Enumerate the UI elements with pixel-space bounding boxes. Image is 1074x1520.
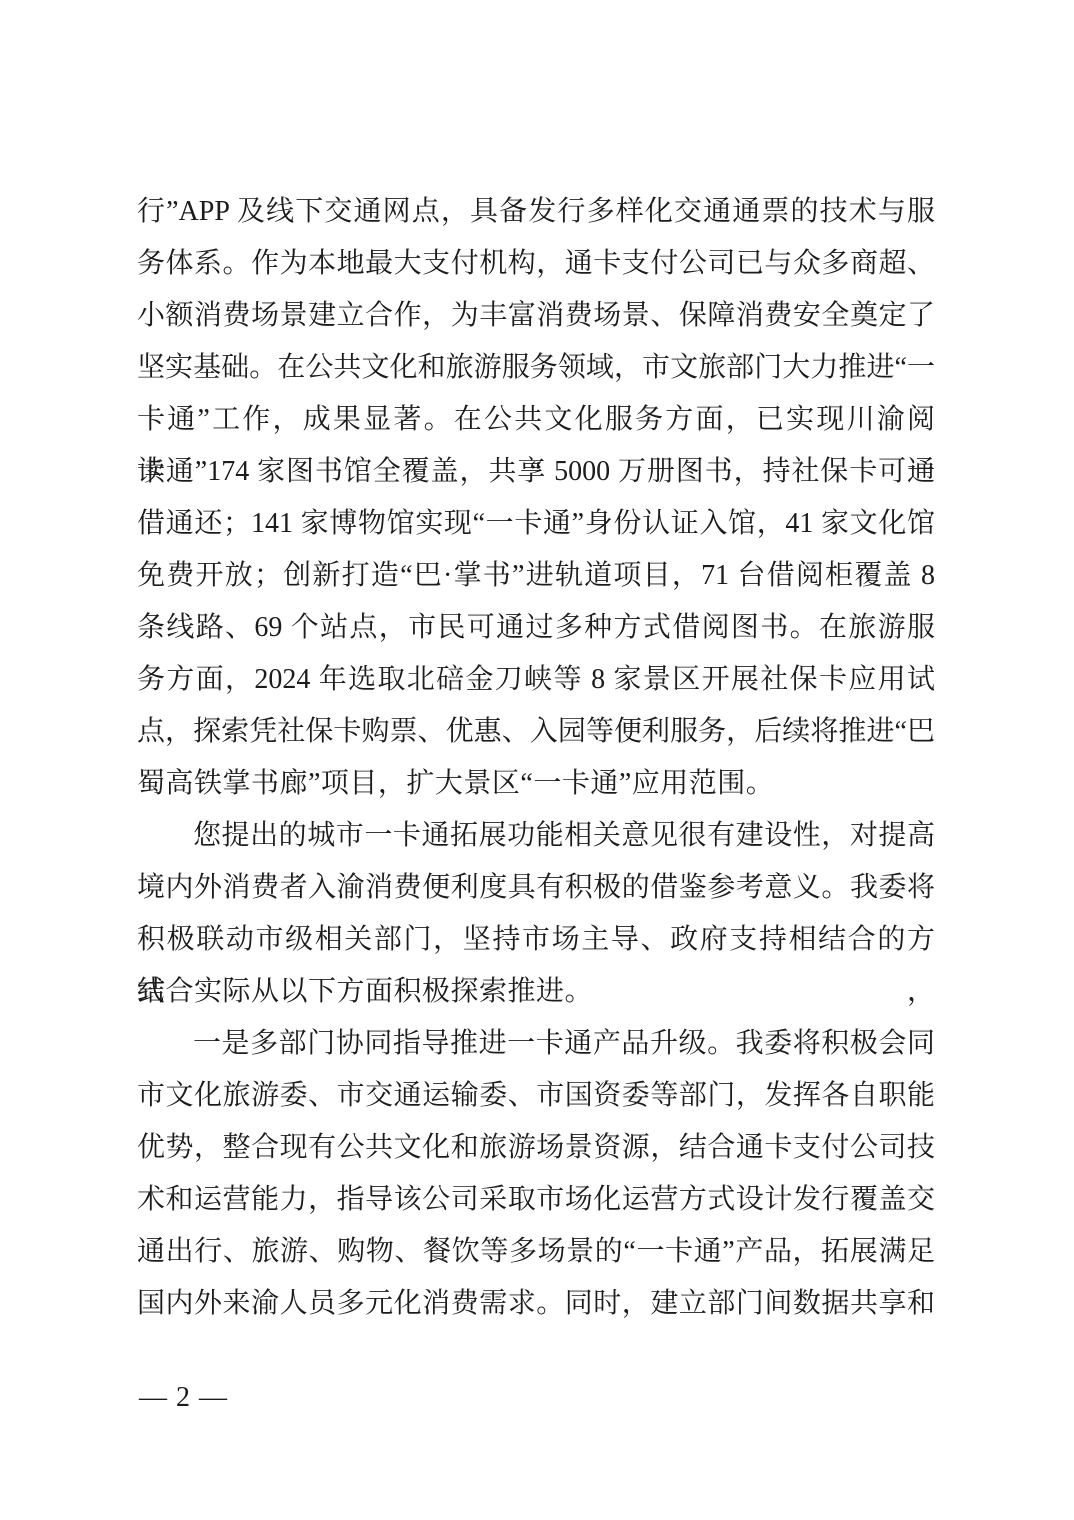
text-line: 术和运营能力，指导该公司采取市场化运营方式设计发行覆盖交 xyxy=(137,1174,935,1226)
text-line: 务体系。作为本地最大支付机构，通卡支付公司已与众多商超、 xyxy=(137,238,935,290)
text-line: 一是多部门协同指导推进一卡通产品升级。我委将积极会同 xyxy=(137,1018,935,1070)
text-line: 坚实基础。在公共文化和旅游服务领域，市文旅部门大力推进“一 xyxy=(137,342,935,394)
text-line: 点，探索凭社保卡购票、优惠、入园等便利服务，后续将推进“巴 xyxy=(137,706,935,758)
text-line: 您提出的城市一卡通拓展功能相关意见很有建设性，对提高 xyxy=(137,810,935,862)
text-line: 积极联动市级相关部门，坚持市场主导、政府支持相结合的方式， xyxy=(137,914,935,966)
text-line: 卡通”174 家图书馆全覆盖，共享 5000 万册图书，持社保卡可通 xyxy=(137,446,935,498)
text-line: 小额消费场景建立合作，为丰富消费场景、保障消费安全奠定了 xyxy=(137,290,935,342)
document-page: 行”APP 及线下交通网点，具备发行多样化交通通票的技术与服务体系。作为本地最大… xyxy=(0,0,1074,1520)
text-line: 条线路、69 个站点，市民可通过多种方式借阅图书。在旅游服 xyxy=(137,602,935,654)
text-line: 通出行、旅游、购物、餐饮等多场景的“一卡通”产品，拓展满足 xyxy=(137,1226,935,1278)
text-block: 行”APP 及线下交通网点，具备发行多样化交通通票的技术与服务体系。作为本地最大… xyxy=(137,186,935,1330)
text-line: 市文化旅游委、市交通运输委、市国资委等部门，发挥各自职能 xyxy=(137,1070,935,1122)
text-line: 行”APP 及线下交通网点，具备发行多样化交通通票的技术与服 xyxy=(137,186,935,238)
text-line: 务方面，2024 年选取北碚金刀峡等 8 家景区开展社保卡应用试 xyxy=(137,654,935,706)
text-line: 借通还；141 家博物馆实现“一卡通”身份认证入馆，41 家文化馆 xyxy=(137,498,935,550)
text-line: 蜀高铁掌书廊”项目，扩大景区“一卡通”应用范围。 xyxy=(137,758,935,810)
text-line: 免费开放；创新打造“巴·掌书”进轨道项目，71 台借阅柜覆盖 8 xyxy=(137,550,935,602)
page-number: — 2 — xyxy=(139,1383,228,1413)
text-line: 境内外消费者入渝消费便利度具有积极的借鉴参考意义。我委将 xyxy=(137,862,935,914)
text-line: 优势，整合现有公共文化和旅游场景资源，结合通卡支付公司技 xyxy=(137,1122,935,1174)
text-line: 卡通”工作，成果显著。在公共文化服务方面，已实现川渝阅读“一 xyxy=(137,394,935,446)
text-line: 国内外来渝人员多元化消费需求。同时，建立部门间数据共享和 xyxy=(137,1278,935,1330)
